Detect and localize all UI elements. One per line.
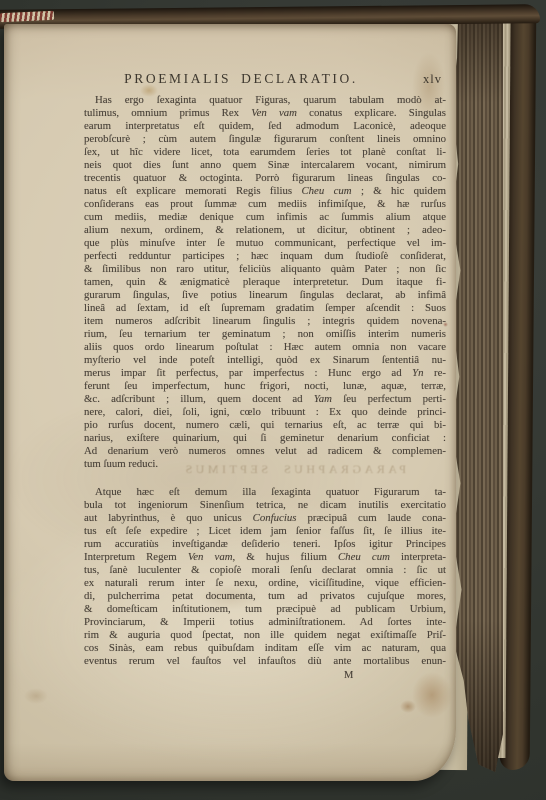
text-line: lineâ ad ſextam, id eſt ſupremam gradati… [84, 302, 446, 315]
text-line: aliis quos ordo linearum poſtulat : Hæc … [84, 341, 446, 354]
text-line: tulimus, omnium primus Rex Ven vam conat… [84, 107, 446, 120]
text-line: alium nexum, ordinem, & relationem, ut d… [84, 224, 446, 237]
running-header-title: PROEMIALIS DECLARATIO. [82, 71, 400, 87]
text-line: tum ſuum reduci. [84, 458, 446, 471]
text-line: rium, ſeu ternarium ter geminatum ; non … [84, 328, 446, 341]
text-line: rim & auguria quod ſpectat, non ille qui… [84, 629, 446, 642]
text-line: bula tot ingeniorum Sinenſium tetrica, n… [84, 499, 446, 512]
text-line: Atque hæc eſt demum illa ſexaginta quatu… [84, 486, 446, 499]
text-line: ferunt ſeu imperfectum, hunc frigori, no… [84, 380, 446, 393]
text-line: que plùs minuſve inter ſe mutuo communic… [84, 237, 446, 250]
text-line: & domeſticam inſtitutionem, tum præcipuè… [84, 603, 446, 616]
running-head: PROEMIALIS DECLARATIO. xlv [82, 71, 446, 89]
text-line: nere, calori, diei, ſoli, igni, cœlo tri… [84, 406, 446, 419]
text-line: cum mediis, mediæ denique cum infimis ac… [84, 211, 446, 224]
text-line: di, pulcherrima petat documenta, tum ad … [84, 590, 446, 603]
text-line: natus eſt explicare memorati Regis filiu… [84, 185, 446, 198]
text-line: ſex, ut hîc videre licet, tota earumdem … [84, 146, 446, 159]
text-line: trecentis quatuor & octoginta. Porrò fig… [84, 172, 446, 185]
stain [412, 672, 452, 718]
text-line: cos Sinàs, eam rebus quibuſdam inditam e… [84, 642, 446, 655]
text-line: myſterio vel inde poteſt intelligi, quòd… [84, 354, 446, 367]
text-line: tus, ſanè luculenter & copioſè morali ſe… [84, 564, 446, 577]
text-line: eventus rerum vel fauſtos vel infauſtos … [84, 655, 446, 668]
text-line: rum accuratiùs inveſtigandæ deſiderio te… [84, 538, 446, 551]
text-line: narius, exiſtere quinarium, qui ſi gemin… [84, 432, 446, 445]
text-line: tus eſt ſeſe expedire ; Licet idem jam ſ… [84, 525, 446, 538]
text-line: & ſimilibus non raro utitur, feliciùs al… [84, 263, 446, 276]
text-line: Has ergo ſexaginta quatuor Figuras, quar… [84, 94, 446, 107]
text-line: perfecti redduntur participes ; hæc inqu… [84, 250, 446, 263]
text-line: earum interpretatus eſt quidem, ſed admo… [84, 120, 446, 133]
stain [24, 688, 48, 704]
book-page: PROEMIALIS DECLARATIO. xlv PARAGRAPHUS S… [4, 24, 456, 781]
text-line: Interpretum Regem Ven vam, & hujus filiu… [84, 551, 446, 564]
signature-mark: M [344, 670, 353, 681]
text-line: perobſcurè ; cùm autem ſingulæ figurarum… [84, 133, 446, 146]
text-line: Ad denarium verò numeros omnes velut ad … [84, 445, 446, 458]
photo-background: PROEMIALIS DECLARATIO. xlv PARAGRAPHUS S… [0, 0, 546, 800]
text-line: Provinciarum, & Imperii totius adminiſtr… [84, 616, 446, 629]
text-line: item numeros adſcribit linearum ſingulis… [84, 315, 446, 328]
text-line: &c. adſcribunt ; illum, quem docent ad Y… [84, 393, 446, 406]
text-line: aut labyrinthus, è quo unicus Confucius … [84, 512, 446, 525]
text-line: neis quot dies ſunt anno quem Sinæ inter… [84, 159, 446, 172]
text-line: ex naturali rerum inter ſe nexu, ordine,… [84, 577, 446, 590]
text-line: tamen, quin & ænigmaticè pleraque interp… [84, 276, 446, 289]
text-line: gurarum ſingulas, ſive potius linearum ſ… [84, 289, 446, 302]
page-number: xlv [423, 72, 442, 87]
text-line: conſiderans eas prout ſummæ cum mediis i… [84, 198, 446, 211]
text-block: Has ergo ſexaginta quatuor Figuras, quar… [84, 94, 446, 668]
stain [400, 700, 416, 713]
text-line: merus impar ſit perfectus, par imperfect… [84, 367, 446, 380]
text-line: pio rurſus docent, numero cæli, qui tern… [84, 419, 446, 432]
